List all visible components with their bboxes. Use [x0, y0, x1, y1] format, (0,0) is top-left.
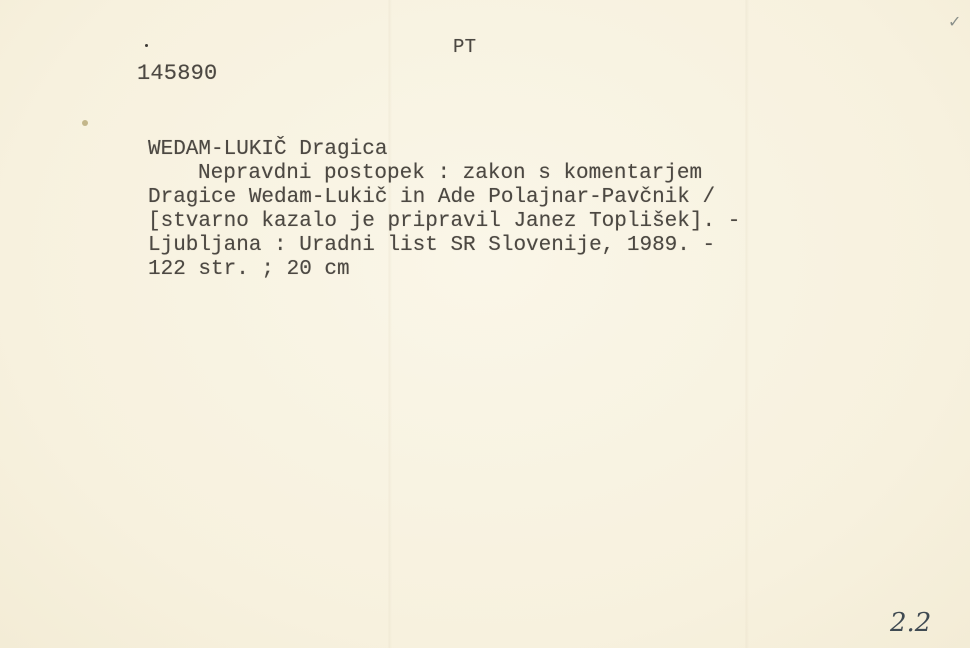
title-line: Nepravdni postopek : zakon s komentarjem [148, 162, 740, 186]
physical-description-line: 122 str. ; 20 cm [148, 258, 740, 282]
catalog-card: PT 145890 WEDAM-LUKIČ Dragica Nepravdni … [0, 0, 970, 648]
stain-mark [82, 120, 88, 126]
author-heading: WEDAM-LUKIČ Dragica [148, 138, 740, 162]
check-mark-icon: ✓ [948, 12, 961, 31]
bibliographic-entry: WEDAM-LUKIČ Dragica Nepravdni postopek :… [148, 138, 740, 282]
dot-mark [145, 44, 148, 47]
index-note-line: [stvarno kazalo je pripravil Janez Topli… [148, 210, 740, 234]
publication-line: Ljubljana : Uradni list SR Slovenije, 19… [148, 234, 740, 258]
accession-number: 145890 [137, 63, 217, 85]
handwritten-card-number: 2.2 [890, 608, 931, 638]
collection-code: PT [453, 38, 476, 57]
responsibility-line: Dragice Wedam-Lukič in Ade Polajnar-Pavč… [148, 186, 740, 210]
